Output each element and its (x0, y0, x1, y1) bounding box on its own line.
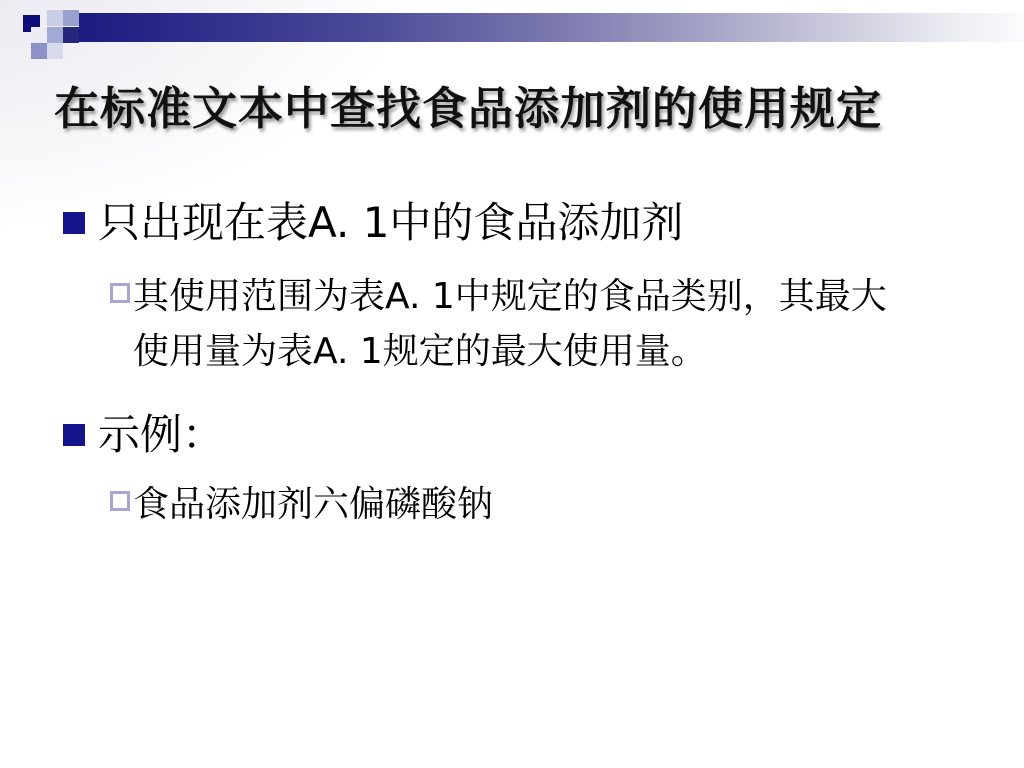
list-item-text: 示例： (98, 412, 224, 458)
slide: 在标准文本中查找食品添加剂的使用规定 只出现在表A. 1中的食品添加剂 其使用范… (0, 0, 1024, 768)
mosaic-square (63, 10, 79, 26)
filled-square-bullet-icon (63, 212, 85, 234)
list-item-level1: 只出现在表A. 1中的食品添加剂 (63, 200, 983, 246)
hollow-square-bullet-icon (110, 283, 130, 303)
list-item-text: 食品添加剂六偏磷酸钠 (133, 477, 493, 532)
mosaic-square (31, 27, 47, 43)
mosaic-square (47, 10, 63, 26)
mosaic-square (47, 27, 63, 43)
hollow-square-bullet-icon (110, 491, 130, 511)
filled-square-bullet-icon (63, 424, 85, 446)
mosaic-square (31, 43, 47, 59)
list-item-level1: 示例： (63, 412, 983, 458)
gradient-bar (79, 13, 1024, 42)
list-item-line: 使用量为表A. 1规定的最大使用量。 (133, 324, 887, 379)
list-item-text: 其使用范围为表A. 1中规定的食品类别，其最大 使用量为表A. 1规定的最大使用… (133, 269, 887, 379)
list-item-level2: 其使用范围为表A. 1中规定的食品类别，其最大 使用量为表A. 1规定的最大使用… (110, 269, 990, 379)
list-item-line: 食品添加剂六偏磷酸钠 (133, 477, 493, 532)
list-item-level2: 食品添加剂六偏磷酸钠 (110, 477, 990, 532)
mosaic-square (63, 27, 79, 43)
list-item-line: 其使用范围为表A. 1中规定的食品类别，其最大 (133, 269, 887, 324)
mosaic-square (47, 43, 63, 59)
slide-title: 在标准文本中查找食品添加剂的使用规定 (54, 72, 974, 137)
list-item-text: 只出现在表A. 1中的食品添加剂 (98, 200, 683, 246)
